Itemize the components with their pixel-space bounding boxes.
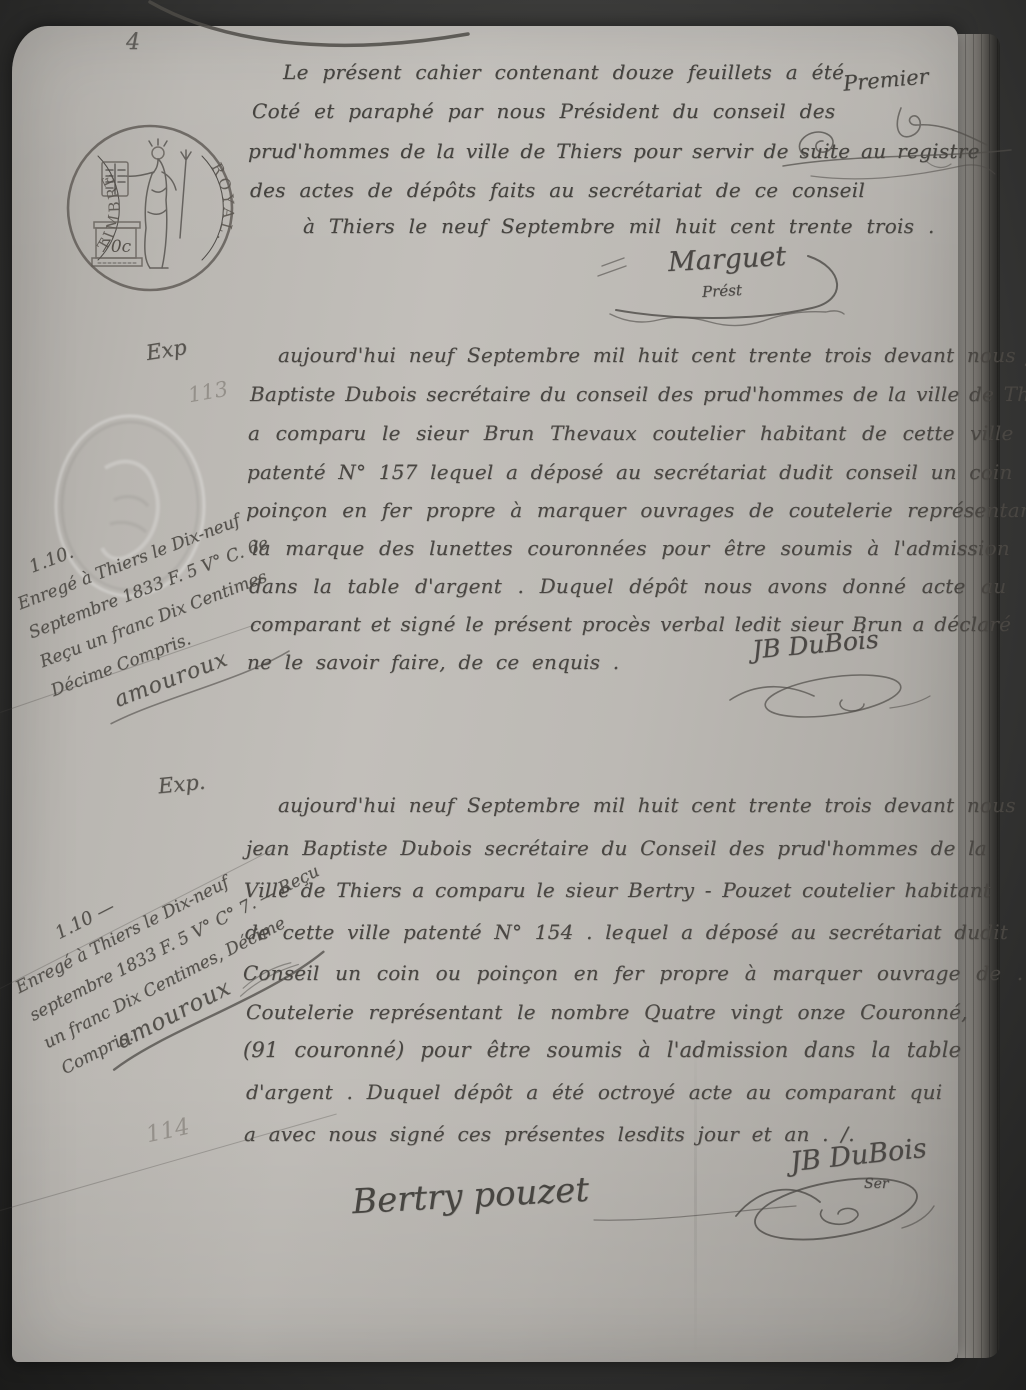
opening-line: Coté et paraphé par nous Président du co…	[252, 99, 835, 123]
opening-line: Le présent cahier contenant douze feuill…	[283, 60, 844, 84]
act2-line: (91 couronné) pour être soumis à l'admis…	[243, 1038, 961, 1062]
act2-line: a avec nous signé ces présentes lesdits …	[244, 1122, 855, 1146]
act1-line: comparant et signé le présent procès ver…	[250, 612, 1011, 636]
act1-line: Baptiste Dubois secrétaire du conseil de…	[250, 382, 1026, 406]
act2-line: d'argent . Duquel dépôt a été octroyé ac…	[246, 1080, 942, 1104]
act1-line: la marque des lunettes couronnées pour ê…	[252, 536, 1010, 560]
depositor-signature-tail	[590, 1196, 800, 1226]
president-flourish	[596, 250, 876, 335]
svg-text:ROYAL.: ROYAL.	[208, 160, 238, 248]
scanned-photo: 4 TIMBRE ROYAL. 70c	[0, 0, 1026, 1390]
stamp-value: 70c	[100, 237, 132, 257]
act2-line: aujourd'hui neuf Septembre mil huit cent…	[278, 793, 1016, 817]
margin2-label: Exp.	[157, 770, 207, 799]
timbre-royal-stamp-icon: TIMBRE ROYAL. 70c	[62, 120, 238, 296]
act2-line: Coutelerie représentant le nombre Quatre…	[246, 1000, 968, 1024]
act1-line: poinçon en fer propre à marquer ouvrages…	[246, 498, 1026, 522]
stamp-right-text: ROYAL.	[208, 160, 238, 248]
act2-line: jean Baptiste Dubois secrétaire du Conse…	[246, 836, 987, 860]
act2-line: de cette ville patenté N° 154 . lequel a…	[245, 920, 1008, 944]
act1-line: a comparu le sieur Brun Thevaux coutelie…	[248, 421, 1013, 445]
act2-line: Ville de Thiers a comparu le sieur Bertr…	[244, 878, 991, 902]
act2-line: Conseil un coin ou poinçon en fer propre…	[243, 961, 1023, 985]
act1-line: patenté N° 157 lequel a déposé au secrét…	[247, 460, 1026, 484]
page-number: 4	[126, 30, 140, 55]
act1-line: ne le savoir faire, de ce enquis .	[247, 650, 619, 674]
paraph-flourish	[775, 90, 1020, 195]
opening-line: à Thiers le neuf Septembre mil huit cent…	[303, 214, 935, 238]
opening-line: des actes de dépôts faits au secrétariat…	[250, 178, 865, 202]
secretary-flourish-act1	[722, 658, 937, 723]
act1-line: dans la table d'argent . Duquel dépôt no…	[249, 574, 1006, 598]
act1-line: aujourd'hui neuf Septembre mil huit cent…	[278, 343, 1026, 367]
